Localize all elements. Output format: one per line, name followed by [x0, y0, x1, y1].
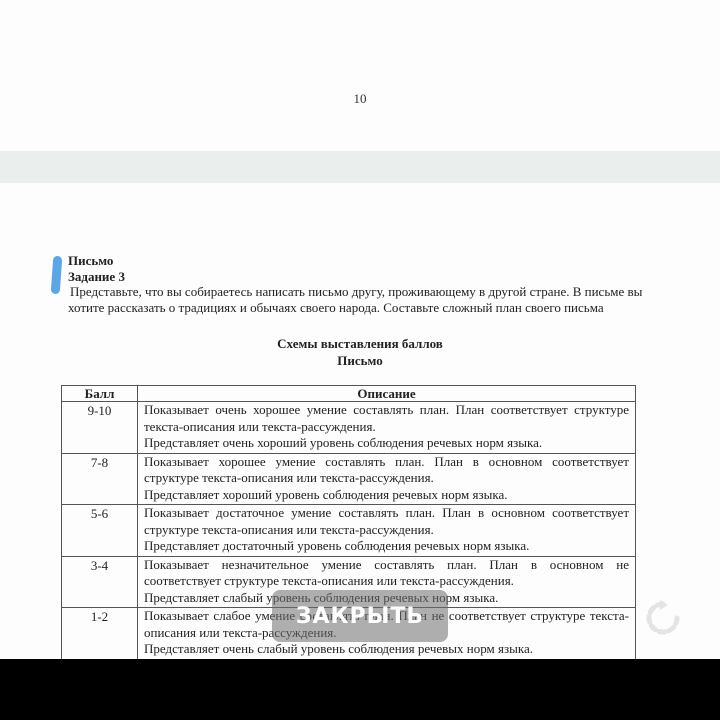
task-text: Представьте, что вы собираетесь написать… — [68, 284, 658, 315]
score-cell: 3-4 — [62, 556, 138, 608]
table-row: 7-8 Показывает хорошее умение составлять… — [62, 453, 636, 505]
task-label: Задание 3 — [68, 269, 658, 285]
table-row: 5-6 Показывает достаточное умение состав… — [62, 505, 636, 557]
score-cell: 5-6 — [62, 505, 138, 557]
header-score: Балл — [62, 386, 138, 402]
table-row: 9-10 Показывает очень хорошее умение сос… — [62, 402, 636, 454]
page-number: 10 — [0, 91, 720, 107]
bottom-bar — [0, 659, 720, 720]
scheme-title-block: Схемы выставления баллов Письмо — [0, 335, 720, 369]
scheme-title: Схемы выставления баллов — [0, 335, 720, 352]
description-line: Показывает очень хорошее умение составля… — [144, 402, 629, 435]
score-cell: 9-10 — [62, 402, 138, 454]
description-line: Показывает хорошее умение составлять пла… — [144, 454, 629, 487]
close-button[interactable]: ЗАКРЫТЬ — [272, 590, 448, 642]
description-line: Представляет очень слабый уровень соблюд… — [144, 641, 629, 658]
description-line: Представляет достаточный уровень соблюде… — [144, 538, 629, 555]
description-line: Представляет хороший уровень соблюдения … — [144, 487, 629, 504]
header-description: Описание — [138, 386, 636, 402]
score-cell: 7-8 — [62, 453, 138, 505]
reload-icon[interactable] — [643, 598, 683, 638]
score-cell: 1-2 — [62, 608, 138, 660]
description-line: Показывает незначительное умение составл… — [144, 557, 629, 590]
description-cell: Показывает достаточное умение составлять… — [138, 505, 636, 557]
document-block: Письмо Задание 3 Представьте, что вы соб… — [68, 253, 658, 315]
scheme-subtitle: Письмо — [0, 352, 720, 369]
page-gap — [0, 151, 720, 183]
description-line: Показывает достаточное умение составлять… — [144, 505, 629, 538]
table-header-row: Балл Описание — [62, 386, 636, 402]
description-line: Представляет очень хороший уровень соблю… — [144, 435, 629, 452]
highlight-marker — [51, 256, 63, 295]
description-cell: Показывает очень хорошее умение составля… — [138, 402, 636, 454]
document-heading: Письмо — [68, 253, 658, 269]
description-cell: Показывает хорошее умение составлять пла… — [138, 453, 636, 505]
